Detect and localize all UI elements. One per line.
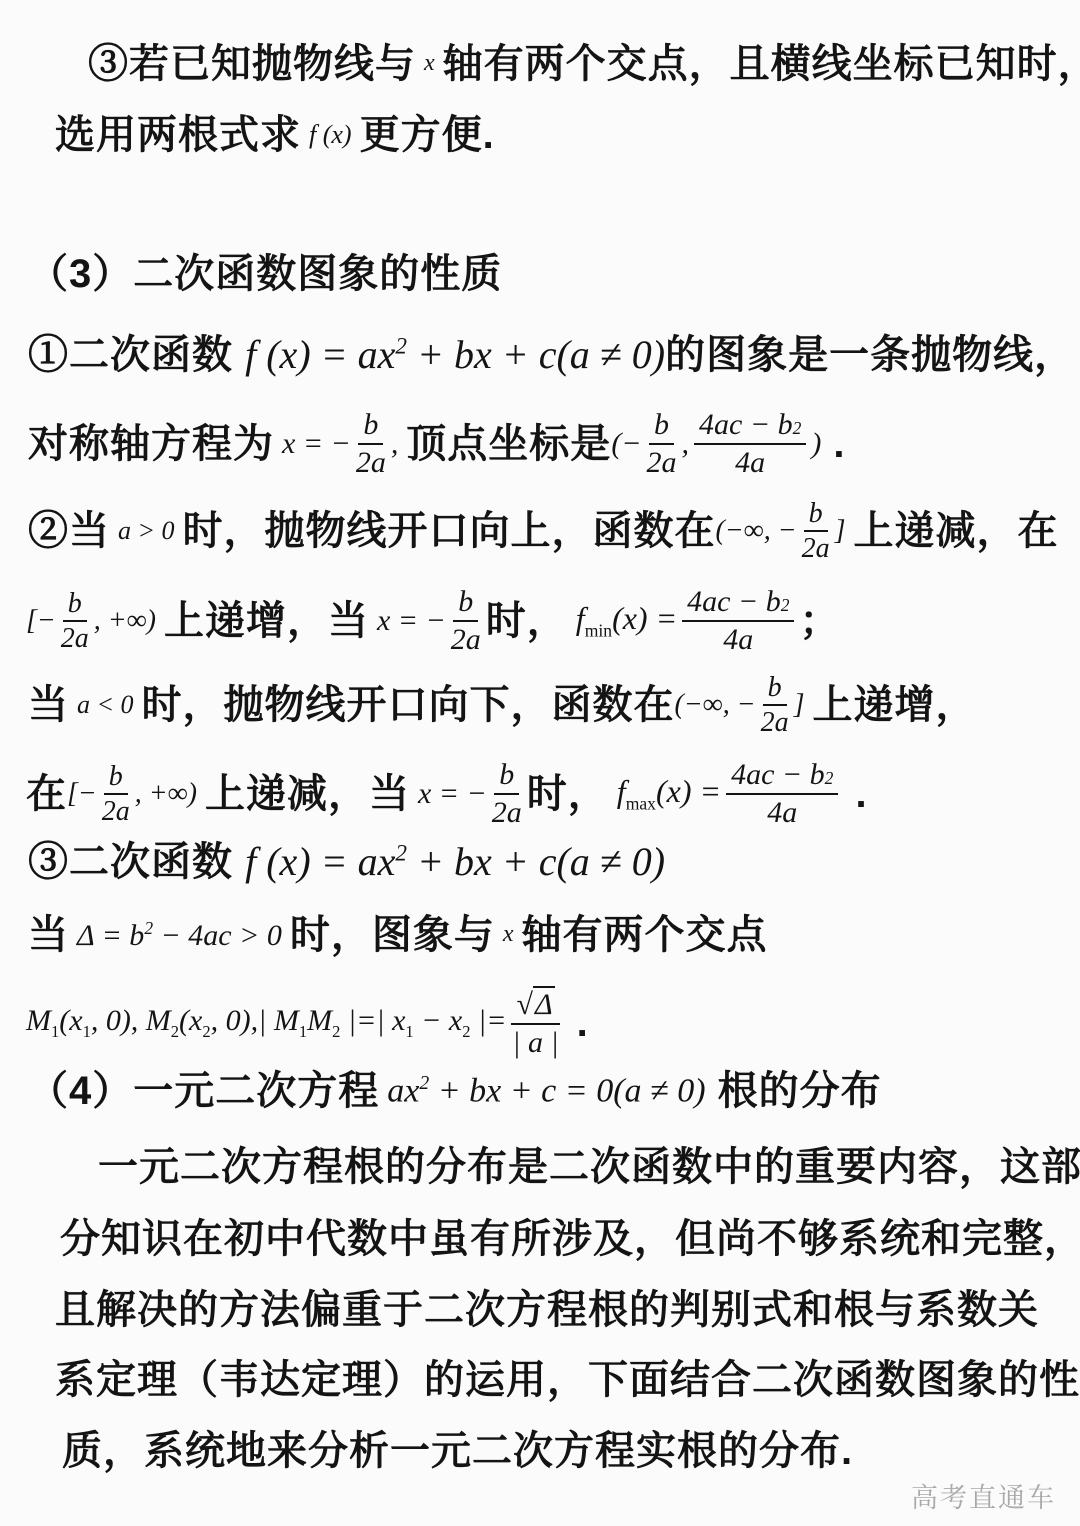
math-fmax: fmax(x) =	[617, 775, 721, 813]
heading-section4: （4）一元二次方程 ax2 + bx + c = 0(a ≠ 0) 根的分布	[28, 1062, 882, 1120]
text-cn: 系定理（韦达定理）的运用，下面结合二次函数图象的性	[55, 1355, 1080, 1405]
para-prop3-line2: 当 Δ = b2 − 4ac > 0 时，图象与 x 轴有两个交点	[28, 908, 767, 962]
para-roots-line1: 一元二次方程根的分布是二次函数中的重要内容，这部	[98, 1140, 1080, 1194]
text-cn: 时，图象与	[290, 910, 495, 960]
math-interval-open: (−∞, −	[675, 690, 756, 719]
para-roots-line5: 质，系统地来分析一元二次方程实根的分布.	[62, 1424, 853, 1478]
math-quadratic: f (x) = ax2 + bx + c(a ≠ 0)	[245, 334, 665, 376]
para-roots-line4: 系定理（韦达定理）的运用，下面结合二次函数图象的性	[55, 1353, 1080, 1407]
text-cn: 轴有两个交点，且横线坐标已知时，	[443, 39, 1080, 89]
fraction-b-2a: b 2a	[761, 672, 789, 739]
math-comma: ,	[391, 428, 399, 460]
text-cn: .	[821, 419, 845, 469]
text-cn: ；	[799, 596, 840, 646]
math-equation: ax2 + bx + c = 0(a ≠ 0)	[387, 1073, 705, 1109]
math-quadratic: f (x) = ax2 + bx + c(a ≠ 0)	[245, 841, 665, 883]
math-comma: ,	[682, 428, 690, 460]
text-cn: 在	[26, 769, 67, 819]
fraction-vertex-y: 4ac − b2 4a	[694, 408, 806, 479]
math-var-x: x	[503, 922, 514, 947]
fraction-min-value: 4ac − b2 4a	[682, 585, 794, 656]
math-a-lt-0: a < 0	[77, 691, 134, 718]
fraction-b-2a: b 2a	[102, 761, 130, 828]
math-intersections: M1(x1, 0), M2(x2, 0),| M1M2 |=| x1 − x2 …	[26, 1005, 506, 1040]
math-x-eq: x = −	[418, 778, 487, 810]
text-cn: 当	[28, 910, 69, 960]
document-page: ③若已知抛物线与 x 轴有两个交点，且横线坐标已知时， 选用两根式求 f (x)…	[0, 0, 1080, 1526]
heading-text: （4）一元二次方程	[28, 1066, 379, 1116]
text-cn: 时，抛物线开口向上，函数在	[183, 506, 716, 556]
math-x-eq: x = −	[377, 605, 446, 637]
watermark-gaokao-express: 高考直通车	[911, 1476, 1056, 1515]
math-interval-close: , +∞)	[94, 606, 156, 635]
text-cn: 当	[28, 680, 69, 730]
fraction-sqrt-delta: √Δ | a |	[511, 986, 559, 1059]
text-cn: ③若已知抛物线与	[88, 39, 416, 89]
heading-text: （3）二次函数图象的性质	[28, 249, 502, 299]
radical-sign: √	[516, 988, 532, 1022]
text-cn: 分知识在初中代数中虽有所涉及，但尚不够系统和完整，	[60, 1214, 1080, 1264]
heading-text: 根的分布	[706, 1066, 882, 1116]
math-fmin: fmin(x) =	[576, 602, 677, 640]
math-interval-close: , +∞)	[135, 779, 197, 808]
text-cn: 的图象是一条抛物线，	[665, 330, 1075, 380]
text-cn: ②当	[28, 506, 110, 556]
text-cn: .	[843, 769, 867, 819]
math-bracket-close: ]	[835, 516, 846, 545]
para-prop3-line1: ③二次函数 f (x) = ax2 + bx + c(a ≠ 0)	[28, 832, 665, 892]
text-cn: 一元二次方程根的分布是二次函数中的重要内容，这部	[98, 1142, 1080, 1192]
math-interval-open: (−∞, −	[716, 516, 797, 545]
text-cn: 上递减，当	[205, 769, 410, 819]
text-cn: 上递减，在	[854, 506, 1059, 556]
math-bracket-open: [−	[26, 606, 56, 635]
para-tip3-line1: ③若已知抛物线与 x 轴有两个交点，且横线坐标已知时，	[88, 36, 1080, 92]
math-a-gt-0: a > 0	[118, 517, 175, 544]
fraction-b-2a: b 2a	[492, 758, 522, 829]
fraction-b-2a: b 2a	[647, 408, 677, 479]
fraction-b-2a: b 2a	[61, 588, 89, 655]
text-cn: 选用两根式求	[55, 110, 301, 160]
text-cn: ③二次函数	[28, 837, 245, 887]
fraction-b-2a: b 2a	[802, 498, 830, 565]
fraction-b-2a: b 2a	[451, 585, 481, 656]
text-cn: 上递增，当	[164, 596, 369, 646]
text-cn: 轴有两个交点	[521, 910, 767, 960]
math-bracket-open: [−	[67, 779, 97, 808]
text-cn: 时，	[486, 596, 568, 646]
para-roots-line3: 且解决的方法偏重于二次方程根的判别式和根与系数关	[55, 1283, 1039, 1337]
math-bracket-close: ]	[794, 690, 805, 719]
fraction-max-value: 4ac − b2 4a	[726, 758, 838, 829]
text-cn: 上递增，	[813, 680, 977, 730]
fraction-b-2a: b 2a	[356, 408, 386, 479]
math-paren-close: )	[811, 428, 821, 460]
math-axis-eq: x = −	[282, 428, 351, 460]
math-var-x: x	[424, 51, 435, 76]
text-cn: ①二次函数	[28, 330, 245, 380]
math-fx: f (x)	[309, 121, 352, 148]
math-paren-open: (−	[611, 428, 641, 460]
text-cn: 时，抛物线开口向下，函数在	[142, 680, 675, 730]
text-cn: 更方便.	[360, 110, 495, 160]
text-cn: 时，	[527, 769, 609, 819]
para-prop1-line1: ①二次函数 f (x) = ax2 + bx + c(a ≠ 0) 的图象是一条…	[28, 325, 1075, 385]
para-roots-line2: 分知识在初中代数中虽有所涉及，但尚不够系统和完整，	[60, 1212, 1080, 1266]
text-cn: 且解决的方法偏重于二次方程根的判别式和根与系数关	[55, 1285, 1039, 1335]
text-cn: 质，系统地来分析一元二次方程实根的分布.	[62, 1426, 853, 1476]
text-cn: 对称轴方程为	[28, 419, 274, 469]
para-tip3-line2: 选用两根式求 f (x) 更方便.	[55, 107, 495, 163]
para-prop3-line3: M1(x1, 0), M2(x2, 0),| M1M2 |=| x1 − x2 …	[26, 975, 589, 1071]
text-cn: 顶点坐标是	[406, 419, 611, 469]
heading-section3: （3）二次函数图象的性质	[28, 247, 502, 301]
math-discriminant: Δ = b2 − 4ac > 0	[77, 919, 282, 952]
text-cn: .	[565, 998, 589, 1048]
